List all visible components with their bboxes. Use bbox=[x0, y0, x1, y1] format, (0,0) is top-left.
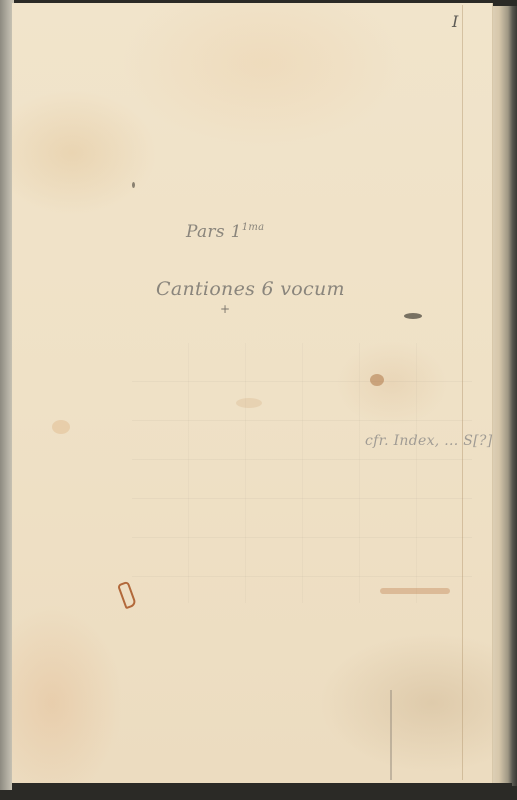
stain-streak bbox=[380, 588, 450, 594]
margin-note-index: cfr. Index, ... S[?] bbox=[365, 433, 493, 449]
stain-spot bbox=[52, 420, 70, 434]
manuscript-page bbox=[12, 3, 493, 785]
pars-superscript: 1ma bbox=[242, 222, 265, 233]
page-crease bbox=[390, 690, 392, 780]
ornament-cross: + bbox=[220, 302, 230, 316]
stain-spot bbox=[236, 398, 262, 408]
show-through-staves bbox=[132, 343, 472, 603]
title-cantiones: Cantiones 6 vocum bbox=[156, 278, 345, 300]
bottom-shadow bbox=[12, 783, 512, 800]
pars-text: Pars bbox=[186, 222, 225, 242]
title-pars: Pars 11ma bbox=[186, 222, 264, 242]
folio-number: I bbox=[452, 12, 459, 31]
stain-spot bbox=[132, 182, 135, 188]
stain-spot bbox=[370, 374, 384, 386]
page-fold-line bbox=[462, 5, 463, 780]
ink-blot bbox=[404, 313, 422, 319]
